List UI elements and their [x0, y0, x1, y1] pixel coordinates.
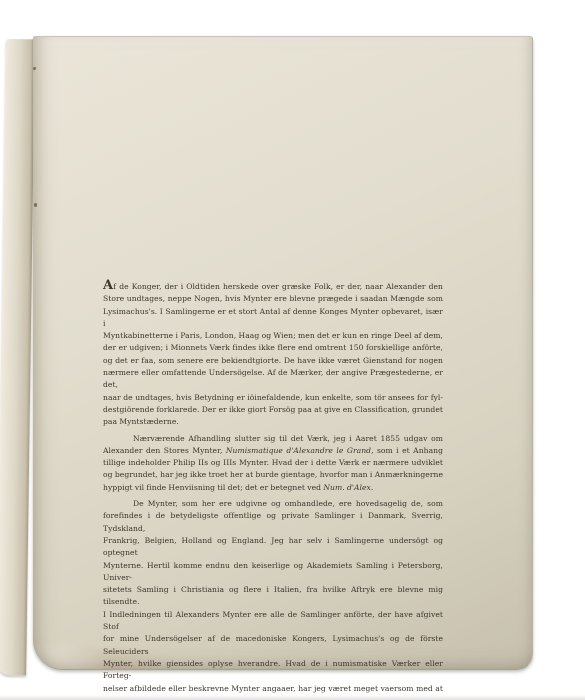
- text-segment: for mine Undersögelser af de macedoniske…: [103, 634, 443, 655]
- text-segment: , som i et Anhang: [371, 446, 443, 455]
- text-segment: De Mynter, som her ere udgivne og omhand…: [133, 499, 443, 508]
- book-underpages-edge: [0, 39, 35, 675]
- text-segment: hyppigt vil finde Henviisning til det; d…: [103, 483, 323, 492]
- text-line: Store undtages, neppe Nogen, hvis Mynter…: [103, 293, 443, 305]
- text-line: tillige indeholder Philip IIs og IIIs My…: [103, 457, 443, 469]
- text-line: Lysimachus's. I Samlingerne er et stort …: [103, 306, 443, 331]
- text-segment: Frankrig, Belgien, Holland og England. J…: [103, 536, 443, 557]
- italic-text-segment: Num. d'Alex.: [323, 483, 373, 492]
- sewing-hole-speck: [33, 67, 36, 70]
- paragraph: De Mynter, som her ere udgivne og omhand…: [103, 498, 443, 695]
- text-line: hyppigt vil finde Henviisning til det; d…: [103, 482, 443, 494]
- photo-background: Af de Konger, der i Oldtiden herskede ov…: [0, 0, 585, 700]
- sewing-hole-speck: [34, 203, 37, 207]
- text-segment: sitetets Samling i Christiania og flere …: [103, 585, 443, 606]
- text-segment: Mynterne. Hertil komme endnu den keiserl…: [103, 561, 443, 582]
- text-line: Nærværende Afhandling slutter sig til de…: [103, 433, 443, 445]
- text-segment: paa Myntstæderne.: [103, 417, 179, 426]
- text-segment: destgiörende forklarede. Der er ikke gio…: [103, 405, 443, 414]
- table-edge-strip: [0, 695, 585, 700]
- text-segment: f de Konger, der i Oldtiden herskede ove…: [113, 282, 443, 291]
- text-line: Myntkabinetterne i Paris, London, Haag o…: [103, 330, 443, 342]
- text-line: De Mynter, som her ere udgivne og omhand…: [103, 498, 443, 510]
- drop-initial-letter: A: [103, 278, 113, 293]
- text-line: Alexander den Stores Mynter, Numismatiqu…: [103, 445, 443, 457]
- text-line: Mynterne. Hertil komme endnu den keiserl…: [103, 560, 443, 585]
- text-segment: tillige indeholder Philip IIs og IIIs My…: [103, 458, 443, 467]
- text-line: og begrundet, har jeg ikke troet her at …: [103, 469, 443, 481]
- text-segment: nelser afbildede eller beskrevne Mynter …: [103, 684, 443, 693]
- text-line: sitetets Samling i Christiania og flere …: [103, 584, 443, 609]
- text-line: Mynter, hvilke giensides oplyse hverandr…: [103, 658, 443, 683]
- text-segment: forefindes i de betydeligste offentlige …: [103, 511, 443, 532]
- text-line: I Indledningen til Alexanders Mynter ere…: [103, 609, 443, 634]
- text-segment: I Indledningen til Alexanders Mynter ere…: [103, 610, 443, 631]
- text-line: destgiörende forklarede. Der er ikke gio…: [103, 404, 443, 416]
- text-segment: Myntkabinetterne i Paris, London, Haag o…: [103, 331, 443, 340]
- text-segment: Store undtages, neppe Nogen, hvis Mynter…: [103, 294, 443, 303]
- text-line: naar de undtages, hvis Betydning er iöin…: [103, 392, 443, 404]
- text-line: for mine Undersögelser af de macedoniske…: [103, 633, 443, 658]
- text-line: forefindes i de betydeligste offentlige …: [103, 510, 443, 535]
- text-line: paa Myntstæderne.: [103, 416, 443, 428]
- text-segment: naar de undtages, hvis Betydning er iöin…: [103, 393, 443, 402]
- italic-text-segment: Numismatique d'Alexandre le Grand: [226, 446, 371, 455]
- text-segment: og det er faa, som senere ere bekiendtgi…: [103, 356, 443, 365]
- text-line: Af de Konger, der i Oldtiden herskede ov…: [103, 280, 443, 293]
- text-segment: Nærværende Afhandling slutter sig til de…: [133, 434, 443, 443]
- page-text-block: Af de Konger, der i Oldtiden herskede ov…: [103, 280, 443, 695]
- text-line: der er udgiven; i Mionnets Værk findes i…: [103, 342, 443, 354]
- text-segment: Mynter, hvilke giensides oplyse hverandr…: [103, 659, 443, 680]
- text-line: Frankrig, Belgien, Holland og England. J…: [103, 535, 443, 560]
- paragraph: Af de Konger, der i Oldtiden herskede ov…: [103, 280, 443, 429]
- text-segment: Lysimachus's. I Samlingerne er et stort …: [103, 307, 443, 328]
- text-line: nærmere eller omfattende Undersögelse. A…: [103, 367, 443, 392]
- text-line: og det er faa, som senere ere bekiendtgi…: [103, 355, 443, 367]
- book-page: Af de Konger, der i Oldtiden herskede ov…: [33, 36, 533, 670]
- text-segment: og begrundet, har jeg ikke troet her at …: [103, 470, 443, 479]
- text-segment: der er udgiven; i Mionnets Værk findes i…: [103, 343, 443, 352]
- text-line: nelser afbildede eller beskrevne Mynter …: [103, 683, 443, 695]
- text-segment: nærmere eller omfattende Undersögelse. A…: [103, 368, 443, 389]
- text-segment: Alexander den Stores Mynter,: [103, 446, 226, 455]
- paragraph: Nærværende Afhandling slutter sig til de…: [103, 433, 443, 494]
